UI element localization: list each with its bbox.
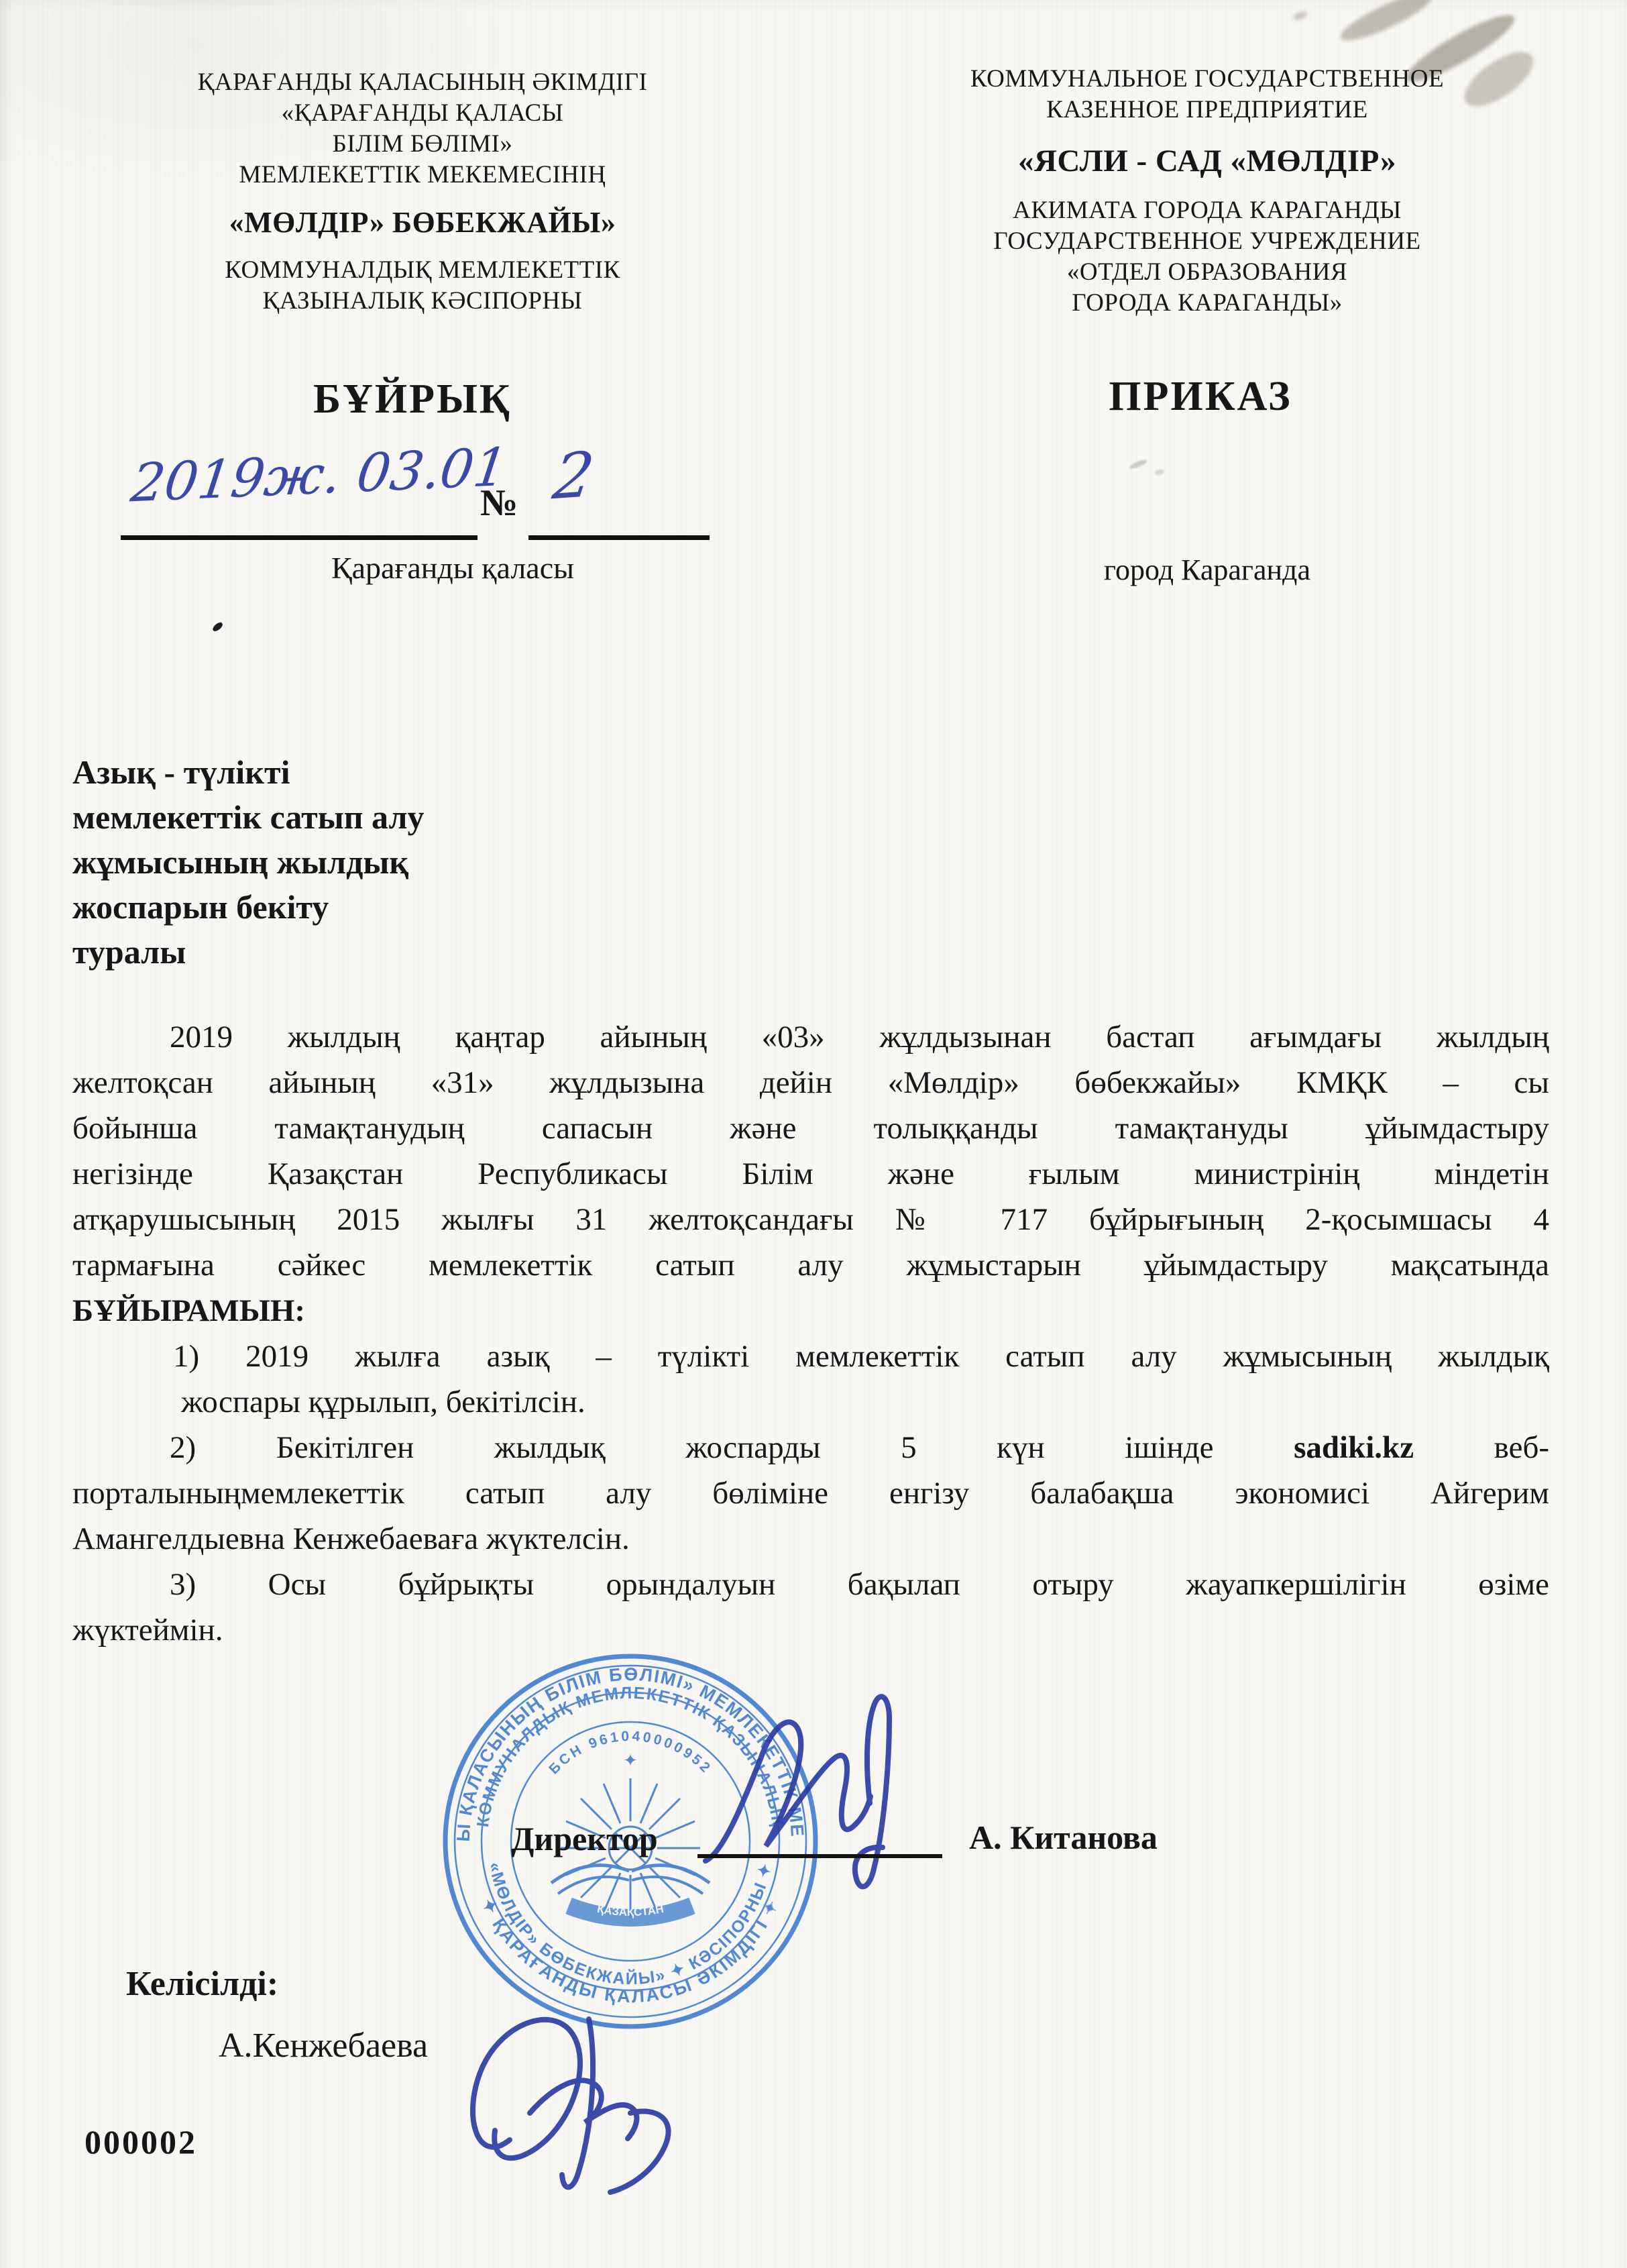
body-line: тармағына сәйкес мемлекеттік сатып алу ж… <box>72 1242 1549 1288</box>
org-type-line: КОММУНАЛДЫҚ МЕМЛЕКЕТТІК <box>121 255 724 286</box>
director-signature <box>671 1657 1006 1925</box>
body-line: атқарушысының 2015 жылғы 31 желтоқсандағ… <box>72 1197 1549 1242</box>
org-parent-line: КАЗЕННОЕ ПРЕДПРИЯТИЕ <box>892 95 1522 125</box>
organization-name-ru: «ЯСЛИ - САД «МӨЛДІР» <box>892 143 1522 179</box>
order-title-kk: БҰЙРЫҚ <box>221 376 604 423</box>
stray-pen-mark <box>211 621 224 633</box>
item2-text: веб- <box>1494 1430 1549 1465</box>
signature-underline <box>697 1854 942 1858</box>
handwritten-date: 2019ж. 03.01 <box>127 437 510 514</box>
org-line: ГОРОДА КАРАГАНДЫ» <box>892 288 1522 319</box>
body-line: бойынша тамақтанудың сапасын және толыққ… <box>72 1105 1549 1151</box>
list-item-2-line: Амангелдыевна Кенжебаеваға жүктелсін. <box>72 1516 1549 1562</box>
subject-line: Азық - түлікті <box>72 750 716 795</box>
list-item-1-line: 1) 2019 жылға азық – түлікті мемлекеттік… <box>72 1334 1549 1379</box>
subject-line: туралы <box>72 930 716 975</box>
org-type-line: ҚАЗЫНАЛЫҚ КӘСІПОРНЫ <box>121 286 724 317</box>
list-item-2-line: порталыныңмемлекеттік сатып алу бөліміне… <box>72 1470 1549 1516</box>
body-line: желтоқсан айының «31» жұлдызына дейін «М… <box>72 1060 1549 1105</box>
stamp-star-icon: ✦ <box>623 1751 638 1770</box>
city-kk: Қарағанды қаласы <box>255 550 651 586</box>
org-parent-line: МЕМЛЕКЕТТІК МЕКЕМЕСІНІҢ <box>121 160 724 191</box>
handwritten-order-number: 2 <box>549 438 598 513</box>
body-line: негізінде Қазақстан Республикасы Білім ж… <box>72 1151 1549 1197</box>
order-subject: Азық - түлікті мемлекеттік сатып алу жұм… <box>72 750 716 975</box>
date-underline <box>121 535 478 540</box>
org-parent-line: «ҚАРАҒАНДЫ ҚАЛАСЫ <box>121 98 724 129</box>
list-item-3-line: жүктеймін. <box>72 1607 1549 1653</box>
organization-name-kk: «МӨЛДІР» БӨБЕКЖАЙЫ» <box>121 205 724 240</box>
number-sign: № <box>480 482 518 525</box>
scan-smudge <box>1292 10 1308 22</box>
list-item-3-line: 3) Осы бұйрықты орындалуын бақылап отыру… <box>72 1562 1549 1607</box>
org-line: «ОТДЕЛ ОБРАЗОВАНИЯ <box>892 257 1522 288</box>
body-line: 2019 жылдың қаңтар айының «03» жұлдызына… <box>72 1014 1549 1060</box>
subject-line: жоспарын бекіту <box>72 885 716 930</box>
portal-name: sadiki.kz <box>1294 1430 1414 1465</box>
agreed-label: Келісілді: <box>126 1964 278 2004</box>
order-body: 2019 жылдың қаңтар айының «03» жұлдызына… <box>72 1014 1549 1653</box>
org-line: ГОСУДАРСТВЕННОЕ УЧРЕЖДЕНИЕ <box>892 226 1522 257</box>
resolve-word: БҰЙЫРАМЫН: <box>72 1288 1549 1334</box>
header-right-russian: КОММУНАЛЬНОЕ ГОСУДАРСТВЕННОЕ КАЗЕННОЕ ПР… <box>892 64 1522 319</box>
org-line: АКИМАТА ГОРОДА КАРАГАНДЫ <box>892 195 1522 226</box>
list-item-1-line: жоспары құрылып, бекітілсін. <box>72 1379 1549 1425</box>
subject-line: мемлекеттік сатып алу <box>72 795 716 840</box>
org-parent-line: КОММУНАЛЬНОЕ ГОСУДАРСТВЕННОЕ <box>892 64 1522 95</box>
list-item-2-line: 2) Бекітілген жылдық жоспарды 5 күн ішін… <box>72 1425 1549 1470</box>
subject-line: жұмысының жылдық <box>72 840 716 885</box>
header-left-kazakh: ҚАРАҒАНДЫ ҚАЛАСЫНЫҢ ӘКІМДІГІ «ҚАРАҒАНДЫ … <box>121 67 724 317</box>
signature-name: А. Китанова <box>969 1818 1158 1857</box>
scan-speck <box>1154 469 1164 476</box>
agreed-name: А.Кенжебаева <box>219 2026 428 2065</box>
order-title-ru: ПРИКАЗ <box>1009 373 1392 421</box>
scanned-order-document: ҚАРАҒАНДЫ ҚАЛАСЫНЫҢ ӘКІМДІГІ «ҚАРАҒАНДЫ … <box>0 0 1627 2268</box>
item2-text: 2) Бекітілген жылдық жоспарды 5 күн ішін… <box>170 1430 1214 1465</box>
org-parent-line: БІЛІМ БӨЛІМІ» <box>121 129 724 160</box>
scan-smudge <box>1336 0 1437 48</box>
economist-signature <box>429 1979 765 2207</box>
org-parent-line: ҚАРАҒАНДЫ ҚАЛАСЫНЫҢ ӘКІМДІГІ <box>121 67 724 98</box>
scan-speck <box>1129 458 1148 470</box>
page-number: 000002 <box>85 2122 197 2161</box>
number-underline <box>528 535 710 540</box>
city-ru: город Караганда <box>1013 553 1402 587</box>
signature-role: Директор <box>511 1819 658 1858</box>
